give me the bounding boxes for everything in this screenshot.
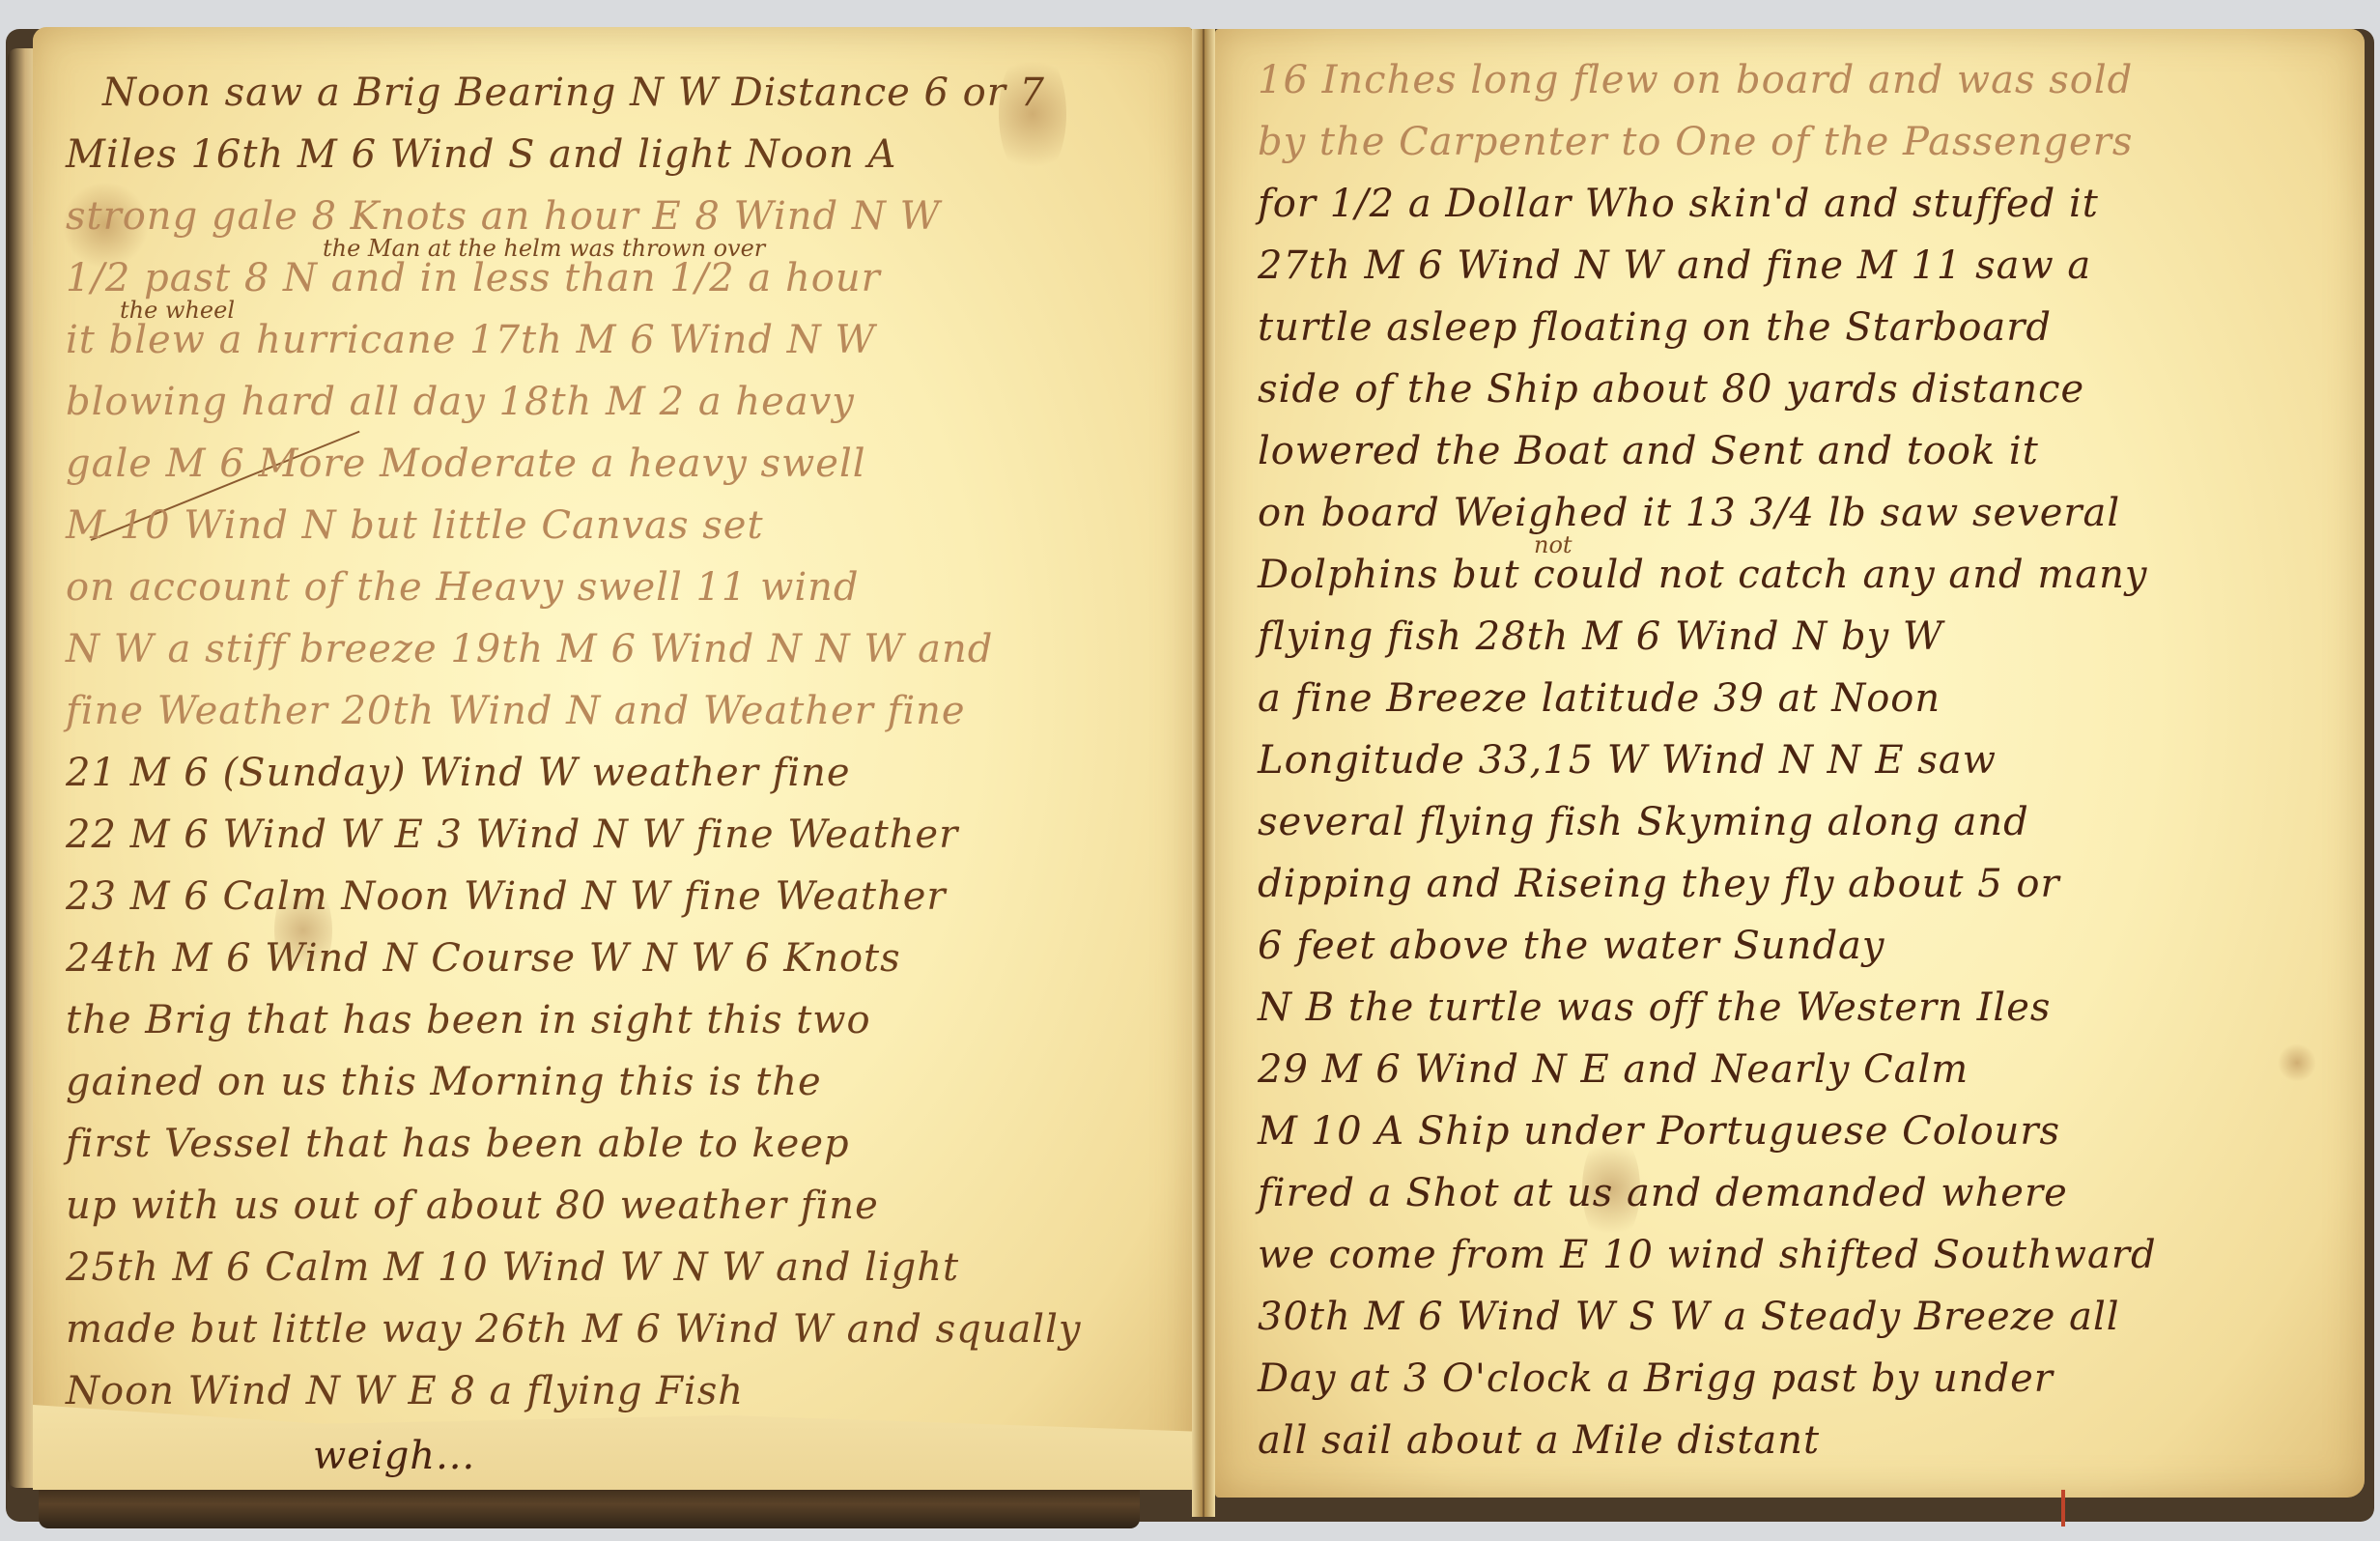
right-page-text-column	[1215, 29, 2365, 1498]
bookmark-ribbon	[2061, 1490, 2065, 1527]
book-gutter	[1192, 29, 1215, 1517]
left-page-text-column	[33, 27, 1192, 1488]
worn-cover-edge	[39, 1488, 1140, 1528]
